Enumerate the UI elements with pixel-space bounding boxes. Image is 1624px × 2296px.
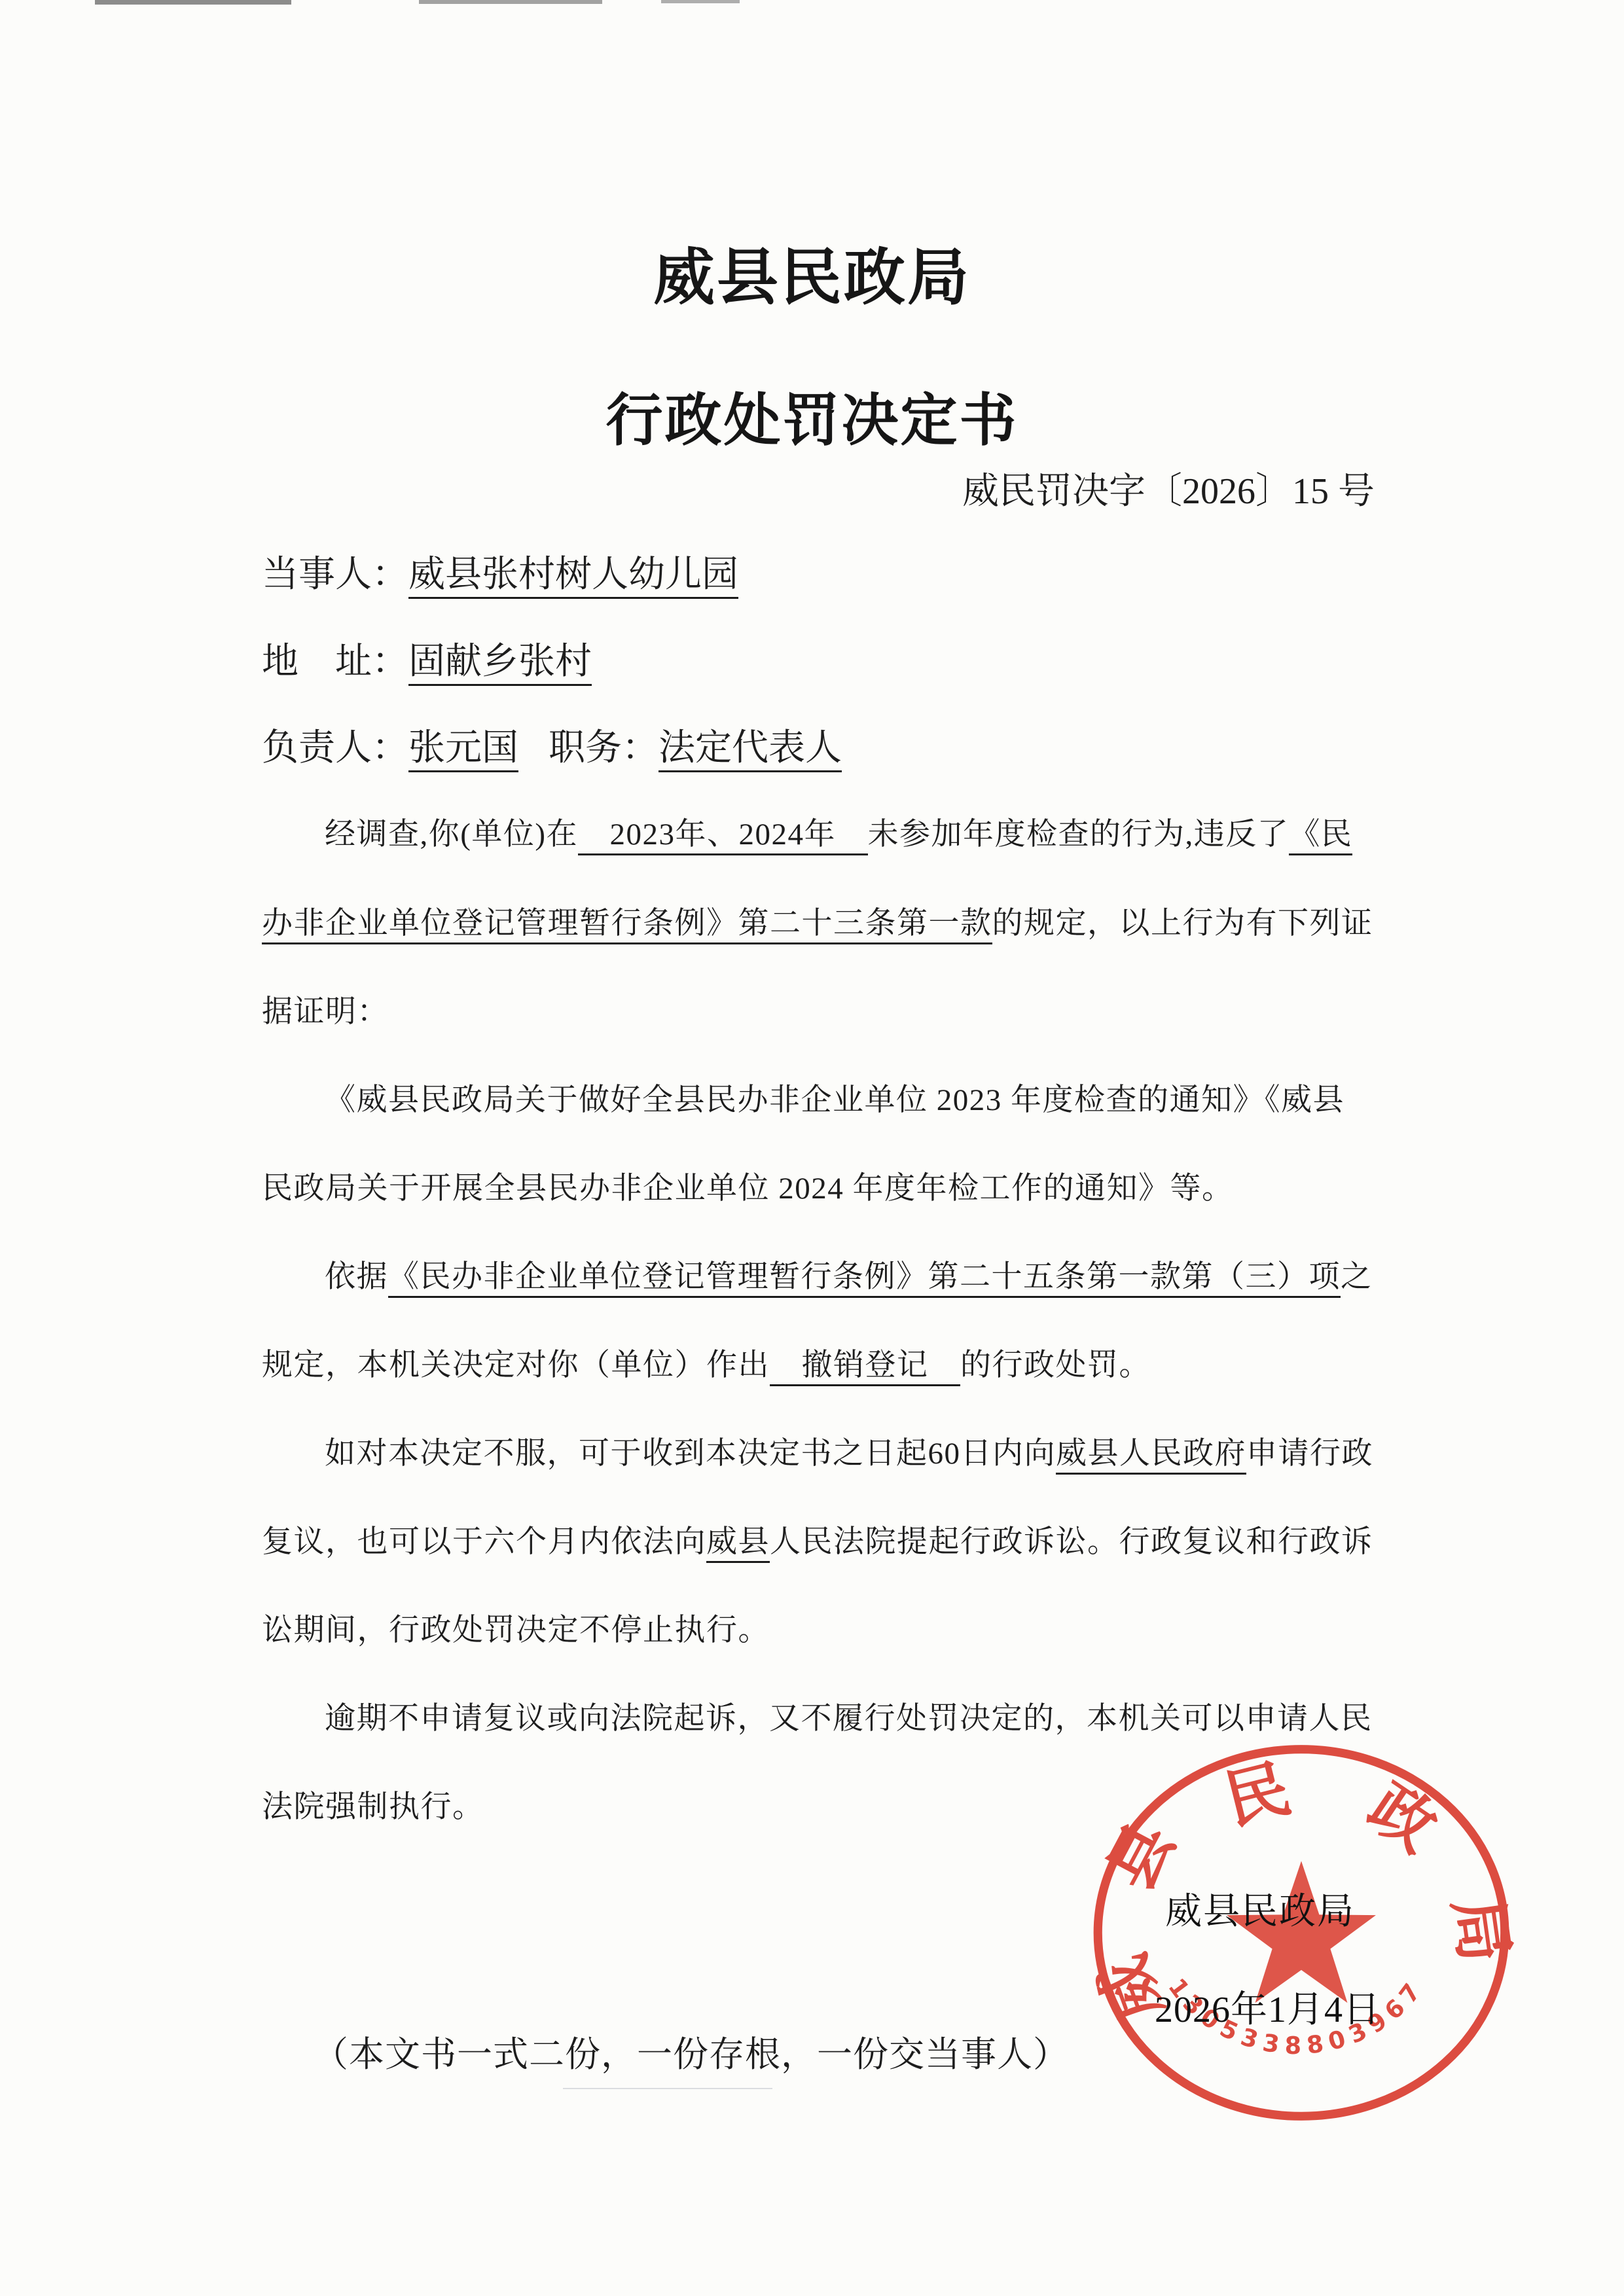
body-line: 规定，本机关决定对你（单位）作出 撤销登记 的行政处罚。	[262, 1346, 1427, 1386]
body-text: 据证明：	[262, 995, 389, 1029]
seal-char: 政	[1356, 1771, 1449, 1865]
evidence-text: 民政局关于开展全县民办非企业单位 2024 年度年检工作的通知》等。	[262, 1172, 1234, 1206]
body-line: 如对本决定不服，可于收到本决定书之日起60日内向威县人民政府申请行政	[262, 1434, 1490, 1474]
body-text: 如对本决定不服，可于收到本决定书之日起60日内向	[325, 1437, 1056, 1471]
body-text: 逾期不申请复议或向法院起诉，又不履行处罚决定的，本机关可以申请人民	[325, 1702, 1373, 1736]
cited-regulation: 《民	[1289, 817, 1352, 855]
cited-regulation: 《民办非企业单位登记管理暂行条例》第二十五条第一款第（三）项	[388, 1260, 1341, 1298]
position-label: 职务：	[549, 728, 659, 768]
scan-artifact	[95, 0, 291, 5]
address-line: 地 址：固献乡张村	[262, 639, 1414, 685]
body-text: 依据	[325, 1260, 388, 1294]
body-line: 《威县民政局关于做好全县民办非企业单位 2023 年度检查的通知》《威县	[262, 1081, 1490, 1121]
cited-regulation: 办非企业单位登记管理暂行条例》第二十三条第一款	[262, 906, 992, 944]
principal-line: 负责人：张元国职务：法定代表人	[262, 725, 1414, 771]
scan-artifact	[661, 0, 740, 3]
body-text: 法院强制执行。	[262, 1790, 484, 1824]
document-page: 威县民政局 行政处罚决定书 威民罚决字〔2026〕15 号 当事人：威县张村树人…	[0, 0, 1624, 2296]
body-text: 复议，也可以于六个月内依法向	[262, 1525, 706, 1559]
signature-date: 2026年1月4日	[1155, 1981, 1380, 2033]
body-text: 未参加年度检查的行为,违反了	[868, 817, 1290, 852]
penalty-decision-value: 撤销登记	[770, 1348, 960, 1386]
body-text: 的行政处罚。	[960, 1348, 1151, 1382]
scan-artifact	[563, 2088, 772, 2089]
body-line: 讼期间，行政处罚决定不停止执行。	[262, 1611, 1427, 1651]
address-label: 地 址：	[262, 641, 408, 682]
body-text: 的规定，以上行为有下列证	[992, 906, 1373, 941]
filled-value: 2023年、2024年	[578, 817, 868, 855]
body-line: 逾期不申请复议或向法院起诉，又不履行处罚决定的，本机关可以申请人民	[262, 1699, 1490, 1739]
evidence-text: 《威县民政局关于做好全县民办非企业单位 2023 年度检查的通知》《威县	[325, 1083, 1344, 1117]
position-value: 法定代表人	[659, 728, 842, 772]
party-label: 当事人：	[262, 554, 408, 595]
body-text: 人民法院提起行政诉讼。行政复议和行政诉	[770, 1525, 1373, 1559]
body-line: 经调查,你(单位)在 2023年、2024年 未参加年度检查的行为,违反了《民	[262, 815, 1490, 855]
document-title: 行政处罚决定书	[0, 374, 1624, 456]
body-line: 依据《民办非企业单位登记管理暂行条例》第二十五条第一款第（三）项之	[262, 1257, 1490, 1297]
body-text: 申请行政	[1246, 1437, 1373, 1471]
body-line: 据证明：	[262, 992, 1427, 1032]
body-text: 之	[1341, 1260, 1373, 1294]
copies-note: （本文书一式二份，一份存根，一份交当事人）	[313, 2026, 1069, 2077]
court-name: 威县	[706, 1525, 770, 1563]
party-line: 当事人：威县张村树人幼儿园	[262, 552, 1414, 598]
party-value: 威县张村树人幼儿园	[408, 554, 738, 599]
body-text: 规定，本机关决定对你（单位）作出	[262, 1348, 770, 1382]
signature-agency: 威县民政局	[1165, 1882, 1355, 1935]
seal-char: 局	[1441, 1893, 1514, 1967]
body-line: 办非企业单位登记管理暂行条例》第二十三条第一款的规定，以上行为有下列证	[262, 904, 1427, 944]
agency-title: 威县民政局	[0, 228, 1624, 316]
principal-value: 张元国	[408, 728, 518, 772]
body-text: 经调查,你(单位)在	[325, 817, 578, 852]
principal-label: 负责人：	[262, 728, 408, 768]
body-line: 民政局关于开展全县民办非企业单位 2024 年度年检工作的通知》等。	[262, 1169, 1427, 1209]
document-number: 威民罚决字〔2026〕15 号	[262, 462, 1375, 514]
address-value: 固献乡张村	[408, 641, 592, 686]
review-authority: 威县人民政府	[1056, 1437, 1246, 1475]
scan-artifact	[419, 0, 602, 4]
body-text: 讼期间，行政处罚决定不停止执行。	[262, 1613, 770, 1647]
seal-char: 民	[1218, 1753, 1297, 1837]
body-line: 复议，也可以于六个月内依法向威县人民法院提起行政诉讼。行政复议和行政诉	[262, 1522, 1427, 1562]
